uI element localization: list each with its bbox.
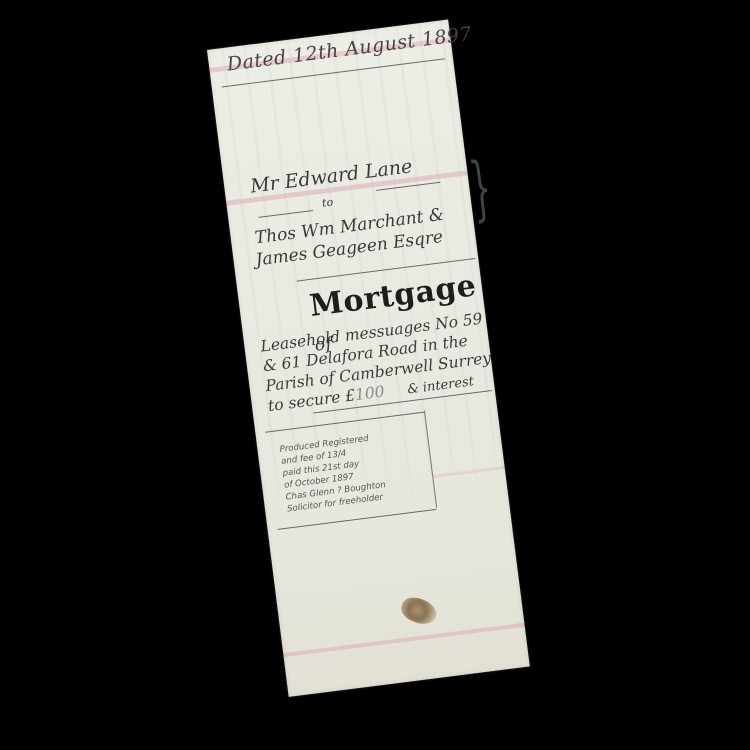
mortgage-deed-document: Dated 12th August 1897 Mr Edward Lane to…: [207, 20, 530, 697]
secure-amount: 100: [354, 383, 386, 405]
pink-rule-bottom: [283, 623, 525, 657]
connector-rule-left: [258, 210, 313, 218]
party-connector: to: [321, 195, 334, 209]
brace-icon: }: [466, 146, 496, 230]
registration-note: Produced Registered and fee of 13/4 paid…: [279, 427, 427, 516]
dated-line: Dated 12th August 1897: [226, 23, 474, 76]
paper-stain: [398, 594, 440, 628]
pink-rule-middle: [432, 466, 505, 478]
